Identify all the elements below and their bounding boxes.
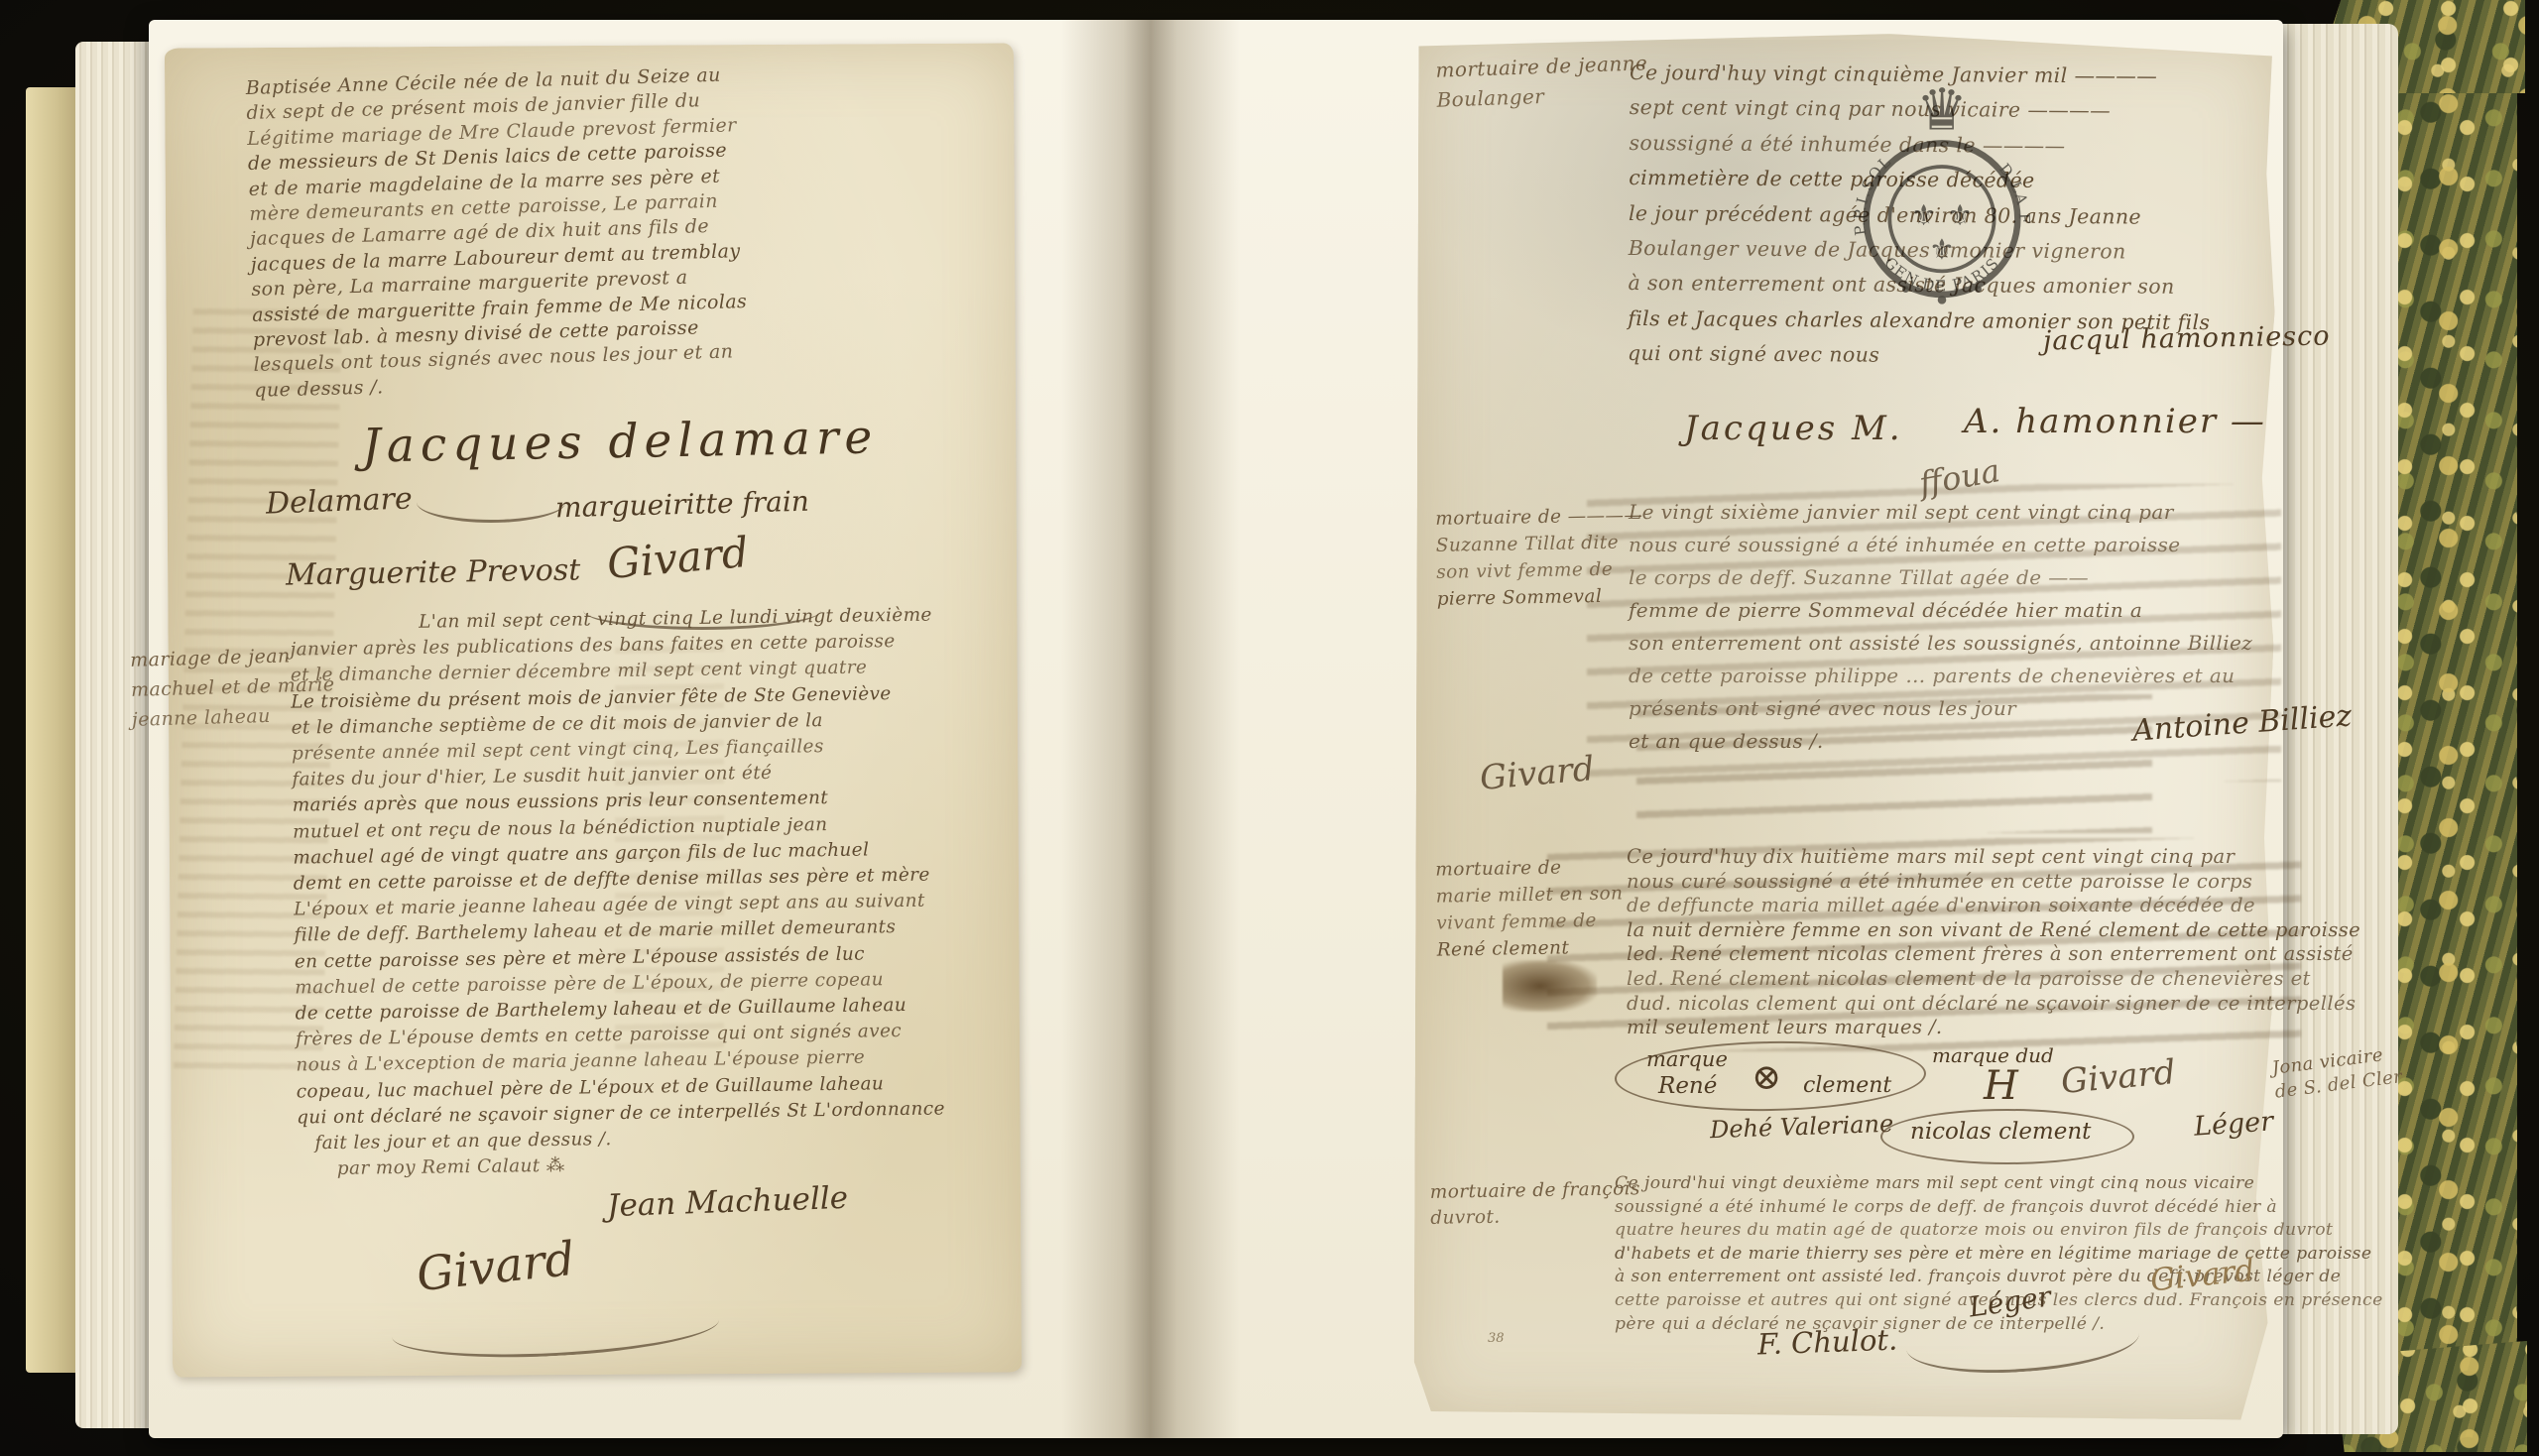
inline-signature-hamonnier: jacqul hamonniesco (2043, 320, 2331, 356)
cross-mark-icon: ⊗ (1752, 1057, 1781, 1098)
text-line: dud. nicolas clement qui ont déclaré ne … (1627, 992, 2360, 1017)
margin-line: vivant femme de (1436, 907, 1624, 936)
stamp-ring-text-right: D.LA F (1995, 160, 2033, 225)
text-line: d'habets et de marie thierry ses père et… (1615, 1243, 2383, 1267)
baptism-record-text: Baptisée Anne Cécile née de la nuit du S… (245, 62, 749, 404)
text-line: le corps de deff. Suzanne Tillat agée de… (1629, 561, 2252, 594)
text-line: Ce jourd'huy dix huitième mars mil sept … (1627, 845, 2360, 870)
margin-line: son vivt femme de (1436, 555, 1643, 586)
tillat-record-margin-note: mortuaire de ———— Suzanne Tillat dite so… (1435, 502, 1644, 613)
generalite-de-paris-stamp: ♛ ⚜ ⚜ ⚜ P.P.I.SOL D.LA F GEN.DE PARIS (1835, 67, 2049, 323)
svg-text:D.LA F: D.LA F (1995, 160, 2033, 225)
signature-a-hamonnier: A. hamonnier — (1964, 402, 2266, 441)
margin-line: mortuaire de françois (1430, 1176, 1641, 1206)
text-line: la nuit dernière femme en son vivant de … (1627, 918, 2360, 943)
stamp-crown-icon: ♛ (1916, 75, 1968, 143)
signature-margueritte-frain: margueiritte frain (555, 485, 810, 525)
margin-line: pierre Sommeval (1436, 582, 1643, 613)
signature-marguerite-prevost: Marguerite Prevost (286, 552, 581, 592)
text-line: mil seulement leurs marques /. (1627, 1016, 2360, 1040)
text-line: led. René clement nicolas clement frères… (1627, 942, 2360, 967)
fleur-de-lis-icon: ⚜ (1911, 198, 1937, 232)
margin-line: mortuaire de ———— (1435, 502, 1642, 533)
millet-record-margin-note: mortuaire de marie millet en son vivant … (1435, 853, 1624, 963)
marriage-record-text: L'an mil sept cent vingt cinq Le lundi v… (290, 602, 946, 1183)
signature-nicolas-clement: nicolas clement (1910, 1119, 2091, 1145)
fleur-de-lis-icon: ⚜ (1947, 198, 1973, 232)
mark-clement: clement (1803, 1073, 1891, 1098)
duvrot-record-margin-note: mortuaire de françois duvrot. (1430, 1176, 1641, 1232)
stamp-ornament-dot (1938, 296, 1947, 304)
margin-line: duvrot. (1430, 1202, 1641, 1232)
signature-jacques: Jacques M. (1684, 409, 1903, 448)
signature-f-chulot: F. Chulot. (1756, 1323, 1897, 1362)
text-line: led. René clement nicolas clement de la … (1627, 967, 2360, 992)
margin-line: René clement (1436, 933, 1624, 963)
signature-delamare: Delamare (265, 481, 413, 521)
margin-line: mortuaire de (1435, 853, 1623, 883)
text-line: nous curé soussigné a été inhumée en cet… (1629, 529, 2252, 561)
book-gutter-shadow (1061, 20, 1240, 1438)
mark-h: H (1984, 1063, 2018, 1109)
text-line: quatre heures du matin agé de quatorze m… (1615, 1219, 2383, 1243)
millet-record-text: Ce jourd'huy dix huitième mars mil sept … (1627, 845, 2360, 1040)
text-line: nous curé soussigné a été inhumée en cet… (1627, 870, 2360, 895)
signature-leger: Léger (2193, 1106, 2274, 1143)
text-line: soussigné a été inhumé le corps de deff.… (1615, 1196, 2383, 1220)
boulanger-record-margin-note: mortuaire de jeanne Boulanger (1435, 48, 1649, 114)
text-line: Ce jourd'hui vingt deuxième mars mil sep… (1615, 1172, 2383, 1196)
text-line: de cette paroisse philippe … parents de … (1629, 660, 2252, 692)
fleur-de-lis-icon: ⚜ (1929, 233, 1955, 267)
folio-number: 38 (1488, 1331, 1505, 1346)
mark-rene: René (1658, 1073, 1717, 1099)
photo-backdrop: Baptisée Anne Cécile née de la nuit du S… (0, 0, 2539, 1456)
text-line: Le vingt sixième janvier mil sept cent v… (1629, 496, 2252, 529)
signature-flourish (417, 482, 565, 523)
ink-blot (1503, 960, 1597, 1012)
text-line: de deffuncte maria millet agée d'environ… (1627, 894, 2360, 918)
margin-line: Suzanne Tillat dite (1436, 529, 1643, 559)
signature-jacques-delamare-large: Jacques delamare (362, 410, 879, 473)
right-marbled-endpaper (2392, 6, 2517, 1450)
text-line: femme de pierre Sommeval décédée hier ma… (1629, 594, 2252, 627)
text-line: son enterrement ont assisté les soussign… (1629, 627, 2252, 660)
mark-label: marque (1646, 1047, 1728, 1071)
margin-line: marie millet en son (1436, 880, 1624, 910)
